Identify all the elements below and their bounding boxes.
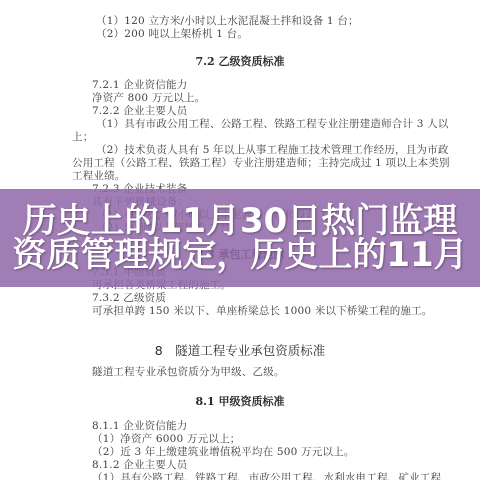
doc-line: 净资产 800 万元以上。 (92, 92, 205, 105)
doc-line: 隧道工程专业承包资质分为甲级、乙级。 (92, 366, 285, 379)
doc-line: 公用工程（公路工程、铁路工程）专业注册建造师；主持完成过 1 项以上本类别 (72, 157, 450, 170)
doc-line: 8.1.1 企业资信能力 (92, 420, 187, 433)
doc-line: 7.2.1 企业资信能力 (92, 79, 187, 92)
doc-line: 上； (72, 131, 93, 144)
doc-line: （2）200 吨以上架桥机 1 台。 (96, 28, 248, 41)
doc-line: （1）具有公路工程、铁路工程、市政公用工程、水利水电工程、矿业工程 (92, 472, 441, 480)
doc-line: （1）具有市政公用工程、公路工程、铁路工程专业注册建造师合计 3 人以 (96, 118, 449, 131)
doc-line: 可承担单跨 150 米以下、单座桥梁总长 1000 米以下桥梁工程的施工。 (92, 305, 433, 318)
overlay-title-line-1: 历史上的11月30日热门监理 (23, 204, 458, 238)
section-heading: 7.2 乙级资质标准 (0, 53, 480, 69)
doc-line: （1）120 立方米/小时以上水泥混凝土拌和设备 1 台； (96, 15, 359, 28)
chapter-heading: 8 隧道工程专业承包资质标准 (0, 341, 480, 359)
doc-line: 8.1.2 企业主要人员 (92, 459, 187, 472)
doc-line: 7.2.2 企业主要人员 (92, 105, 187, 118)
overlay-title: 历史上的11月30日热门监理 资质管理规定，历史上的11月 (0, 189, 480, 287)
doc-line: （2）技术负责人具有 5 年以上从事工程施工技术管理工作经历，且为市政 (96, 144, 449, 157)
doc-line: 7.3.2 乙级资质 (92, 292, 166, 305)
overlay-title-line-2: 资质管理规定，历史上的11月 (12, 238, 467, 272)
section-heading: 8.1 甲级资质标准 (0, 393, 480, 409)
doc-line: （2）近 3 年上缴建筑业增值税平均在 500 万元以上。 (92, 446, 355, 459)
doc-line: 工程业绩。 (72, 170, 126, 183)
doc-line: （1）净资产 6000 万元以上； (92, 433, 240, 446)
